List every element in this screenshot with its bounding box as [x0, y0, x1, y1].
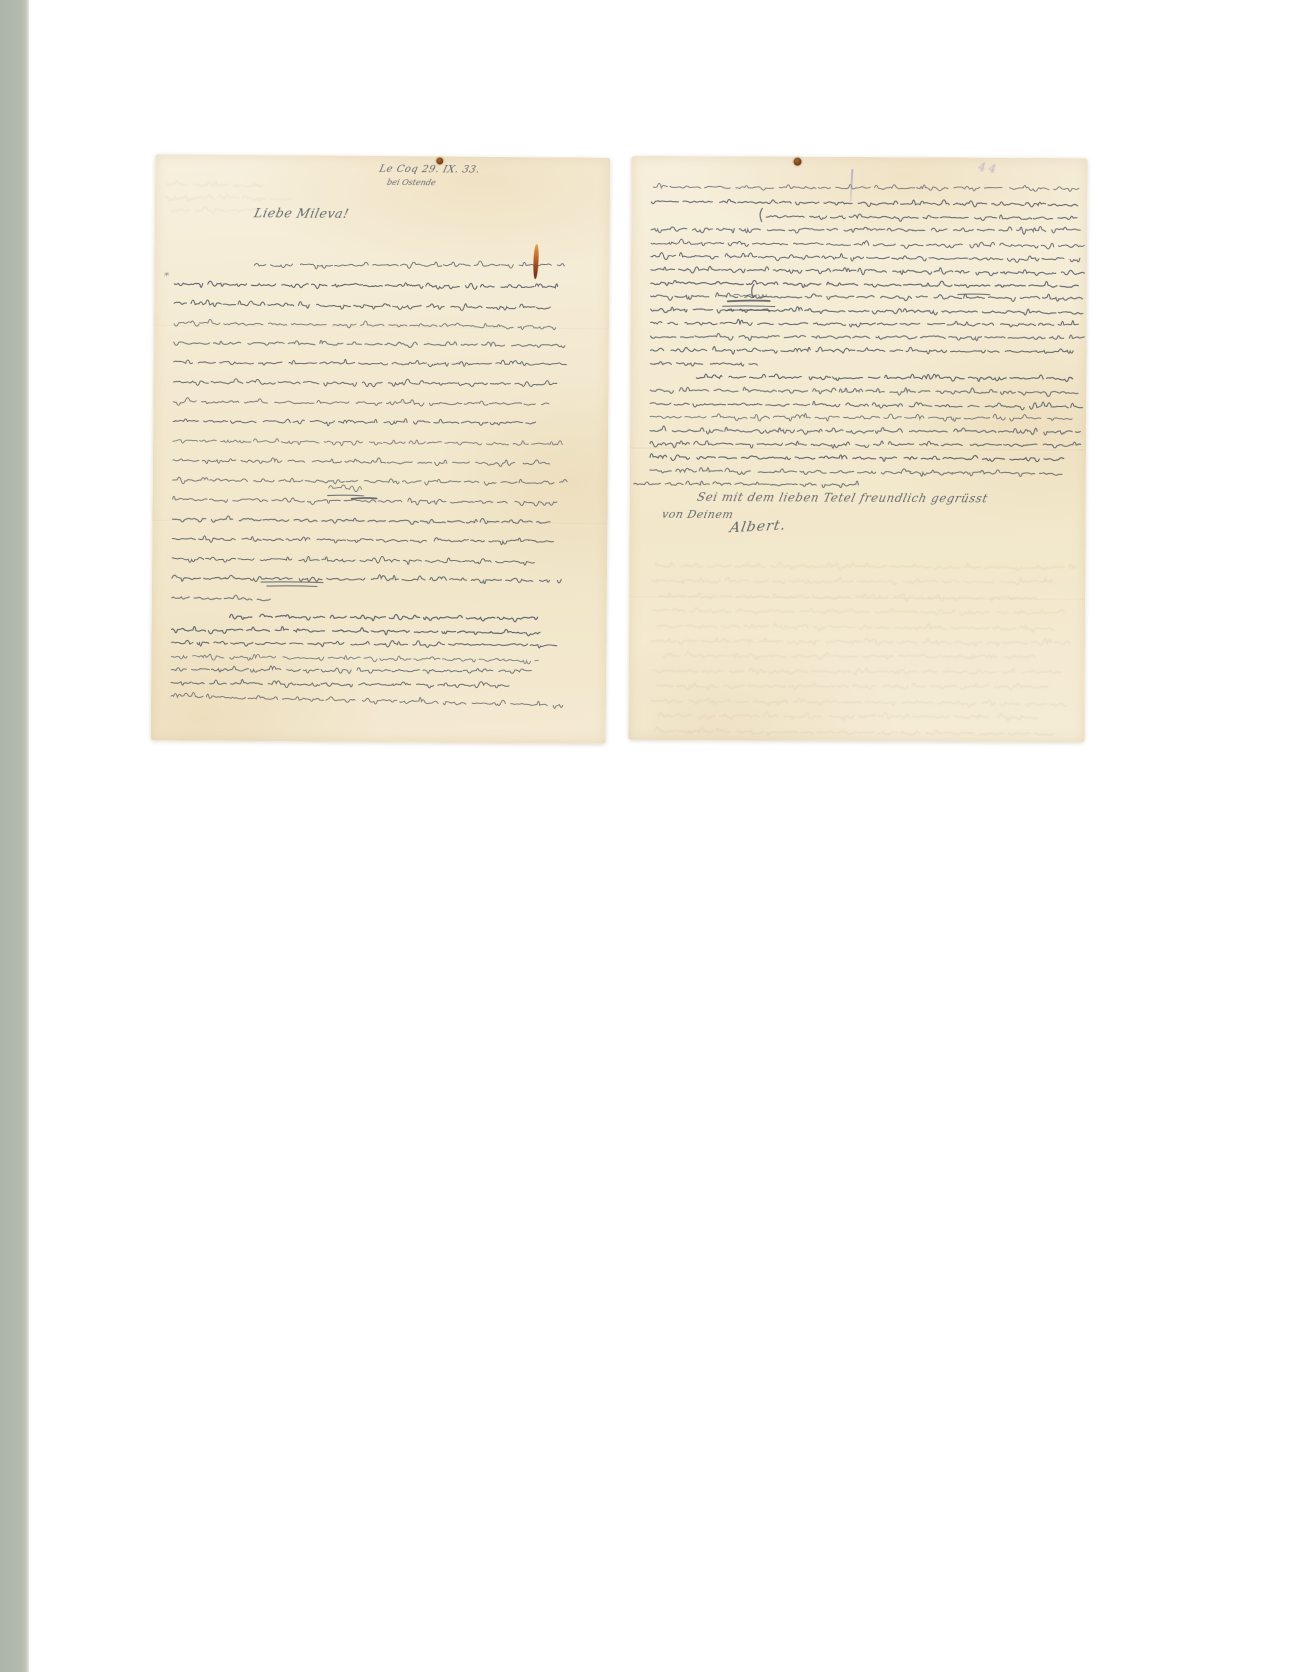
letter-scan-area: Le Coq 29. IX. 33. bei Ostende Liebe Mil…	[0, 0, 1301, 1672]
closing-line: Sei mit dem lieben Tetel freundlich gegr…	[696, 490, 990, 506]
salutation: Liebe Mileva!	[253, 205, 351, 221]
page-background: Le Coq 29. IX. 33. bei Ostende Liebe Mil…	[0, 0, 1301, 1672]
purple-pencil-annotation: 4 4	[978, 160, 997, 175]
hole-punch-mark	[436, 157, 443, 164]
letter-page-2-scan: 4 4 Sei mit dem lieben Tetel freundlich …	[628, 156, 1087, 742]
handwriting-body	[628, 156, 1087, 742]
letter-page-1-scan: Le Coq 29. IX. 33. bei Ostende Liebe Mil…	[151, 154, 611, 744]
handwriting-body	[151, 154, 611, 744]
closing-from-line: von Deinem	[661, 508, 735, 521]
date-line: Le Coq 29. IX. 33.	[378, 164, 481, 176]
hole-punch-mark	[793, 158, 801, 166]
place-line: bei Ostende	[386, 178, 437, 187]
signature: Albert.	[729, 518, 788, 537]
